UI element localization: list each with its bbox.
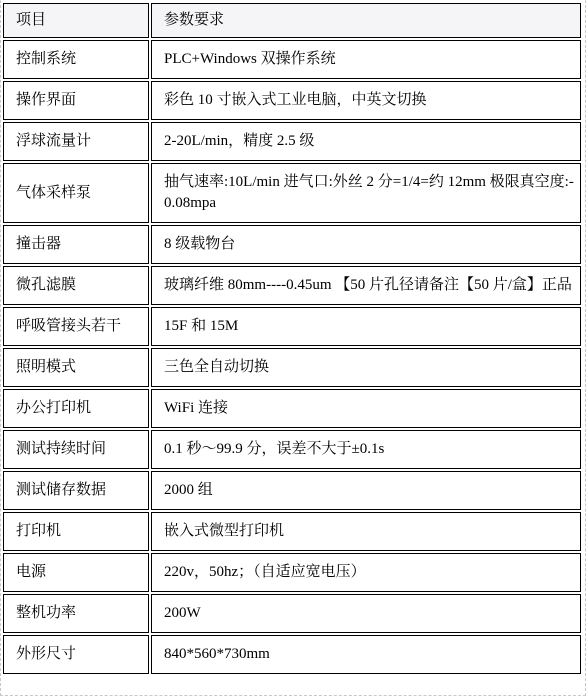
item-cell: 打印机: [3, 512, 149, 551]
item-cell: 气体采样泵: [3, 163, 149, 223]
value-cell: 抽气速率:10L/min 进气口:外丝 2 分=1/4=约 12mm 极限真空度…: [151, 163, 581, 223]
value-cell: 2-20L/min，精度 2.5 级: [151, 122, 581, 161]
item-cell: 整机功率: [3, 594, 149, 633]
item-cell: 操作界面: [3, 81, 149, 120]
table-row: 气体采样泵 抽气速率:10L/min 进气口:外丝 2 分=1/4=约 12mm…: [3, 163, 581, 223]
table-row: 测试持续时间 0.1 秒～99.9 分，误差不大于±0.1s: [3, 430, 581, 469]
table-row: 办公打印机 WiFi 连接: [3, 389, 581, 428]
table-row: 整机功率 200W: [3, 594, 581, 633]
table-row: 操作界面 彩色 10 寸嵌入式工业电脑，中英文切换: [3, 81, 581, 120]
page-frame: 项目 参数要求 控制系统 PLC+Windows 双操作系统 操作界面 彩色 1…: [0, 0, 586, 696]
item-cell: 电源: [3, 553, 149, 592]
value-cell: 三色全自动切换: [151, 348, 581, 387]
table-row: 浮球流量计 2-20L/min，精度 2.5 级: [3, 122, 581, 161]
value-cell: PLC+Windows 双操作系统: [151, 40, 581, 79]
value-cell: 彩色 10 寸嵌入式工业电脑，中英文切换: [151, 81, 581, 120]
value-cell: 0.1 秒～99.9 分，误差不大于±0.1s: [151, 430, 581, 469]
table-row: 控制系统 PLC+Windows 双操作系统: [3, 40, 581, 79]
item-cell: 微孔滤膜: [3, 266, 149, 305]
value-cell: WiFi 连接: [151, 389, 581, 428]
value-cell: 220v，50hz；（自适应宽电压）: [151, 553, 581, 592]
item-cell: 办公打印机: [3, 389, 149, 428]
value-cell: 15F 和 15M: [151, 307, 581, 346]
value-cell: 2000 组: [151, 471, 581, 510]
item-cell: 浮球流量计: [3, 122, 149, 161]
item-cell: 外形尺寸: [3, 635, 149, 674]
table-row: 电源 220v，50hz；（自适应宽电压）: [3, 553, 581, 592]
spec-table: 项目 参数要求 控制系统 PLC+Windows 双操作系统 操作界面 彩色 1…: [1, 1, 583, 676]
table-row: 撞击器 8 级载物台: [3, 225, 581, 264]
header-row: 项目 参数要求: [3, 3, 581, 38]
value-cell: 8 级载物台: [151, 225, 581, 264]
spec-table-header: 项目 参数要求: [3, 3, 581, 38]
value-cell: 200W: [151, 594, 581, 633]
item-cell: 测试持续时间: [3, 430, 149, 469]
value-cell: 玻璃纤维 80mm----0.45um 【50 片孔径请备注【50 片/盒】正品: [151, 266, 581, 305]
header-cell-value: 参数要求: [151, 3, 581, 38]
table-row: 照明模式 三色全自动切换: [3, 348, 581, 387]
table-row: 呼吸管接头若干 15F 和 15M: [3, 307, 581, 346]
table-row: 打印机 嵌入式微型打印机: [3, 512, 581, 551]
item-cell: 呼吸管接头若干: [3, 307, 149, 346]
spec-table-body: 控制系统 PLC+Windows 双操作系统 操作界面 彩色 10 寸嵌入式工业…: [3, 40, 581, 674]
item-cell: 控制系统: [3, 40, 149, 79]
value-cell: 嵌入式微型打印机: [151, 512, 581, 551]
value-cell: 840*560*730mm: [151, 635, 581, 674]
table-row: 测试储存数据 2000 组: [3, 471, 581, 510]
table-row: 微孔滤膜 玻璃纤维 80mm----0.45um 【50 片孔径请备注【50 片…: [3, 266, 581, 305]
item-cell: 撞击器: [3, 225, 149, 264]
header-cell-item: 项目: [3, 3, 149, 38]
item-cell: 照明模式: [3, 348, 149, 387]
item-cell: 测试储存数据: [3, 471, 149, 510]
table-row: 外形尺寸 840*560*730mm: [3, 635, 581, 674]
